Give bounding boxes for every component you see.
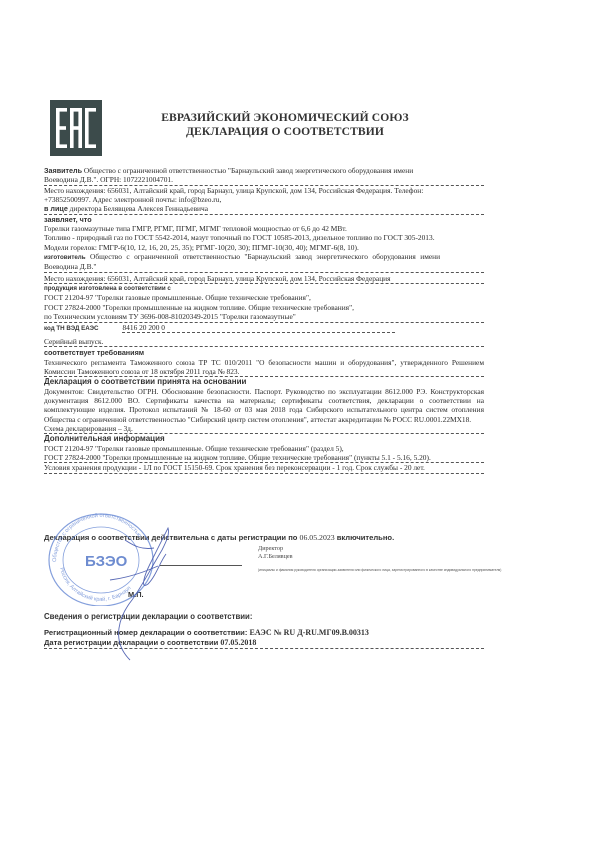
product-line-1: Горелки газомазутные типа ГМГР, РГМГ, ПГ… xyxy=(44,224,484,233)
release-type: Серийный выпуск. xyxy=(44,337,484,347)
additional-line-2: ГОСТ 27824-2000 "Горелки промышленные на… xyxy=(44,453,484,463)
registration-title: Сведения о регистрации декларации о соот… xyxy=(44,612,484,622)
standard-line-2: ГОСТ 27824-2000 "Горелки промышленные на… xyxy=(44,303,484,312)
applicant-address-2: +73852500997. Адрес электронной почты: i… xyxy=(44,195,484,204)
stamp-place-label: М.П. xyxy=(128,590,144,599)
validity-suffix: включительно. xyxy=(335,533,395,542)
represented-text: директора Белявцева Алексея Геннадьевича xyxy=(68,204,208,213)
product-line-3: Модели горелок: ГМГР-6(10, 12, 16, 20, 2… xyxy=(44,243,484,252)
validity-prefix: Декларация о соответствии действительна … xyxy=(44,533,300,542)
signatory-block: Директор А.Г.Белявцев xyxy=(258,545,293,561)
tnved-code: 8416 20 200 0 xyxy=(122,323,395,333)
manufacturer-line-2: Воеводина Д.В." xyxy=(44,262,484,272)
document-header: ЕВРАЗИЙСКИЙ ЭКОНОМИЧЕСКИЙ СОЮЗ ДЕКЛАРАЦИ… xyxy=(135,111,435,139)
applicant-line-2: Воеводина Д.В.". ОГРН: 1072221004701. xyxy=(44,175,484,185)
complies-label: соответствует требованиям xyxy=(44,347,484,357)
signatory-position: Директор xyxy=(258,545,293,553)
applicant-line-1: Заявитель Общество с ограниченной ответс… xyxy=(44,166,484,175)
manufacturer-text: Общество с ограниченной ответственностью… xyxy=(86,252,441,261)
registration-date-label: Дата регистрации декларации о соответств… xyxy=(44,638,220,647)
registration-number-line: Регистрационный номер декларации о соотв… xyxy=(44,628,484,638)
applicant-address-1: Место нахождения: 656031, Алтайский край… xyxy=(44,186,484,195)
signatory-name: А.Г.Белявцев xyxy=(258,553,293,561)
declaration-scheme: Схема декларирования – 3д. xyxy=(44,424,484,434)
product-line-2: Топливо - природный газ по ГОСТ 5542-201… xyxy=(44,233,484,242)
validity-statement: Декларация о соответствии действительна … xyxy=(44,533,564,542)
manufacturer-line: изготовитель Общество с ограниченной отв… xyxy=(44,252,484,262)
produced-per-label: продукция изготовлена в соответствии с xyxy=(44,284,484,293)
additional-line-3: Условия хранения продукции - 1Л по ГОСТ … xyxy=(44,463,484,473)
svg-text:БЗЭО: БЗЭО xyxy=(85,553,128,570)
declares-label: заявляет, что xyxy=(44,215,484,224)
basis-label: Декларация о соответствии принята на осн… xyxy=(44,377,484,386)
registration-number-label: Регистрационный номер декларации о соотв… xyxy=(44,628,250,637)
standard-line-1: ГОСТ 21204-97 "Горелки газовые промышлен… xyxy=(44,293,484,302)
declaration-title: ДЕКЛАРАЦИЯ О СООТВЕТСТВИИ xyxy=(135,125,435,139)
manufacturer-address: Место нахождения: 656031, Алтайский край… xyxy=(44,273,484,284)
signatory-note: (инициалы и фамилия руководителя организ… xyxy=(258,568,518,572)
union-title: ЕВРАЗИЙСКИЙ ЭКОНОМИЧЕСКИЙ СОЮЗ xyxy=(135,111,435,125)
additional-info-label: Дополнительная информация xyxy=(44,434,484,443)
basis-text: Документов: Свидетельство ОГРН. Обоснова… xyxy=(44,387,484,424)
complies-text: Технического регламента Таможенного союз… xyxy=(44,358,484,378)
standard-line-3: по Техническим условиям ТУ 3696-008-8102… xyxy=(44,312,484,322)
eac-mark-icon xyxy=(54,105,98,151)
registration-number: ЕАЭС № RU Д-RU.МГ09.В.00313 xyxy=(250,628,369,637)
svg-text:Россия, Алтайский край, г. Бар: Россия, Алтайский край, г. Барнаул xyxy=(58,567,132,603)
signature-line xyxy=(160,565,242,566)
tnved-label: код ТН ВЭД ЕАЭС xyxy=(44,325,98,332)
tnved-line: код ТН ВЭД ЕАЭС8416 20 200 0 xyxy=(44,323,484,333)
represented-by: в лице директора Белявцева Алексея Генна… xyxy=(44,204,484,214)
registration-date-line: Дата регистрации декларации о соответств… xyxy=(44,638,484,649)
eac-logo xyxy=(50,100,102,156)
manufacturer-label: изготовитель xyxy=(44,254,86,261)
additional-line-1: ГОСТ 21204-97 "Горелки газовые промышлен… xyxy=(44,444,484,453)
represented-label: в лице xyxy=(44,204,68,213)
validity-date: 06.05.2023 xyxy=(300,533,335,542)
applicant-text: Общество с ограниченной ответственностью… xyxy=(82,166,413,175)
registration-block: Сведения о регистрации декларации о соот… xyxy=(44,612,484,649)
registration-date: 07.05.2018 xyxy=(220,638,256,647)
applicant-label: Заявитель xyxy=(44,166,82,175)
declaration-body: Заявитель Общество с ограниченной ответс… xyxy=(44,166,484,474)
